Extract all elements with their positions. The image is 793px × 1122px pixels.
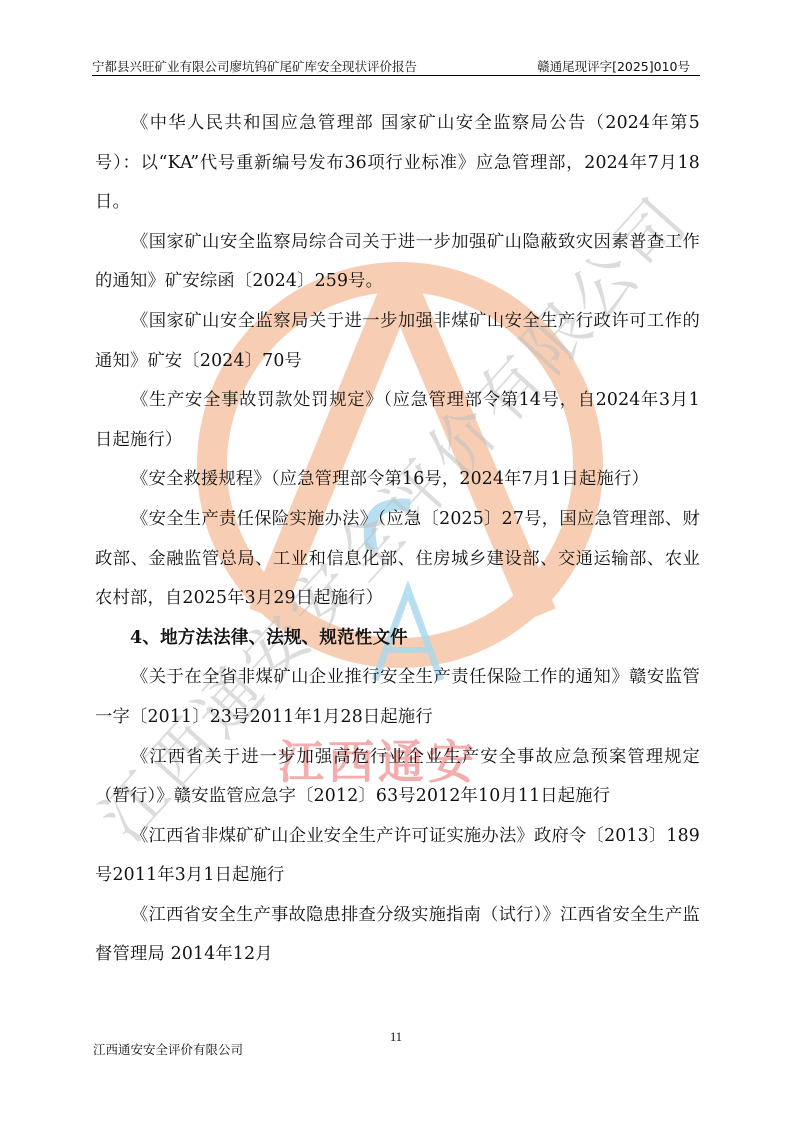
regulation-paragraph: 《江西省非煤矿矿山企业安全生产许可证实施办法》政府令〔2013〕189号2011… xyxy=(95,817,700,896)
page-number: 11 xyxy=(390,1030,402,1045)
regulation-paragraph: 《安全救援规程》（应急管理部令第16号，2024年7月1日起施行） xyxy=(95,460,700,500)
section-heading: 4、地方法法律、法规、规范性文件 xyxy=(95,619,700,659)
regulation-paragraph: 《关于在全省非煤矿山企业推行安全生产责任保险工作的通知》赣安监管一字〔2011〕… xyxy=(95,658,700,737)
regulation-paragraph: 《生产安全事故罚款处罚规定》（应急管理部令第14号，自2024年3月1日起施行） xyxy=(95,381,700,460)
report-title: 宁都县兴旺矿业有限公司廖坑钨矿尾矿库安全现状评价报告 xyxy=(92,57,417,75)
regulation-paragraph: 《中华人民共和国应急管理部 国家矿山安全监察局公告（2024年第5号）：以“KA… xyxy=(95,104,700,223)
document-number: 赣通尾现评字[2025]010号 xyxy=(537,57,690,75)
page-header: 宁都县兴旺矿业有限公司廖坑钨矿尾矿库安全现状评价报告 赣通尾现评字[2025]0… xyxy=(92,55,700,76)
regulation-paragraph: 《国家矿山安全监察局综合司关于进一步加强矿山隐蔽致灾因素普查工作的通知》矿安综函… xyxy=(95,223,700,302)
regulation-paragraph: 《江西省关于进一步加强高危行业企业生产安全事故应急预案管理规定（暂行）》赣安监管… xyxy=(95,738,700,817)
regulation-paragraph: 《安全生产责任保险实施办法》（应急〔2025〕27号，国应急管理部、财政部、金融… xyxy=(95,500,700,619)
regulation-paragraph: 《江西省安全生产事故隐患排查分级实施指南（试行）》江西省安全生产监督管理局 20… xyxy=(95,896,700,975)
document-body: 《中华人民共和国应急管理部 国家矿山安全监察局公告（2024年第5号）：以“KA… xyxy=(95,104,700,975)
footer-company: 江西通安安全评价有限公司 xyxy=(93,1040,243,1058)
regulation-paragraph: 《国家矿山安全监察局关于进一步加强非煤矿山安全生产行政许可工作的通知》矿安〔20… xyxy=(95,302,700,381)
